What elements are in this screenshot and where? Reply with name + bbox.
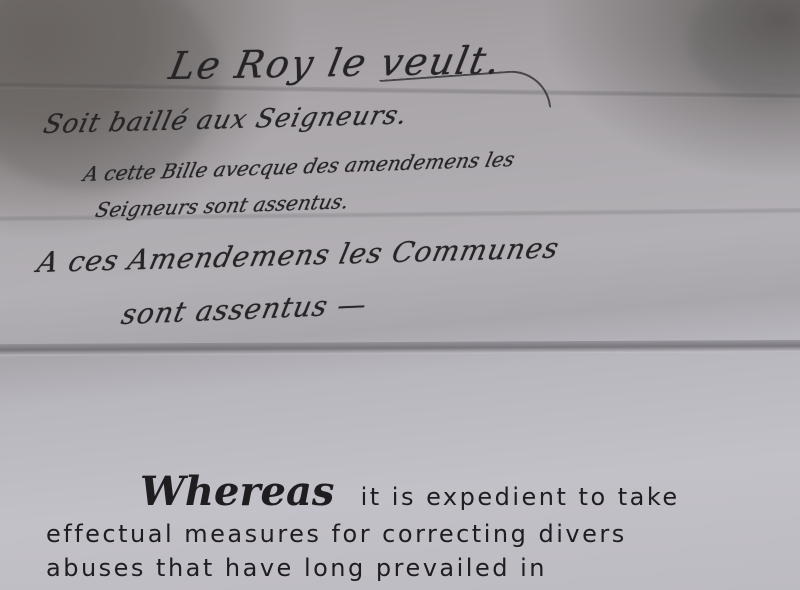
parchment-document: Le Roy le veult. Soit baillé aux Seigneu…	[0, 0, 800, 590]
royal-assent-endorsement: Le Roy le veult.	[166, 38, 506, 88]
bill-body-line-2: effectual measures for correcting divers	[46, 520, 627, 548]
whereas-heading: Whereas	[140, 468, 334, 515]
bill-body-line-1-text: it is expedient to take	[361, 483, 680, 511]
bill-body-line-1: Whereas it is expedient to take	[140, 468, 680, 515]
commons-agreement-line-2: sont assentus —	[119, 288, 371, 332]
aging-stain	[690, 0, 800, 100]
bill-body-line-3: abuses that have long prevailed in	[46, 554, 547, 582]
commons-agreement-line-1: A ces Amendemens les Communes	[34, 231, 562, 279]
fold-crease-main	[0, 340, 800, 356]
